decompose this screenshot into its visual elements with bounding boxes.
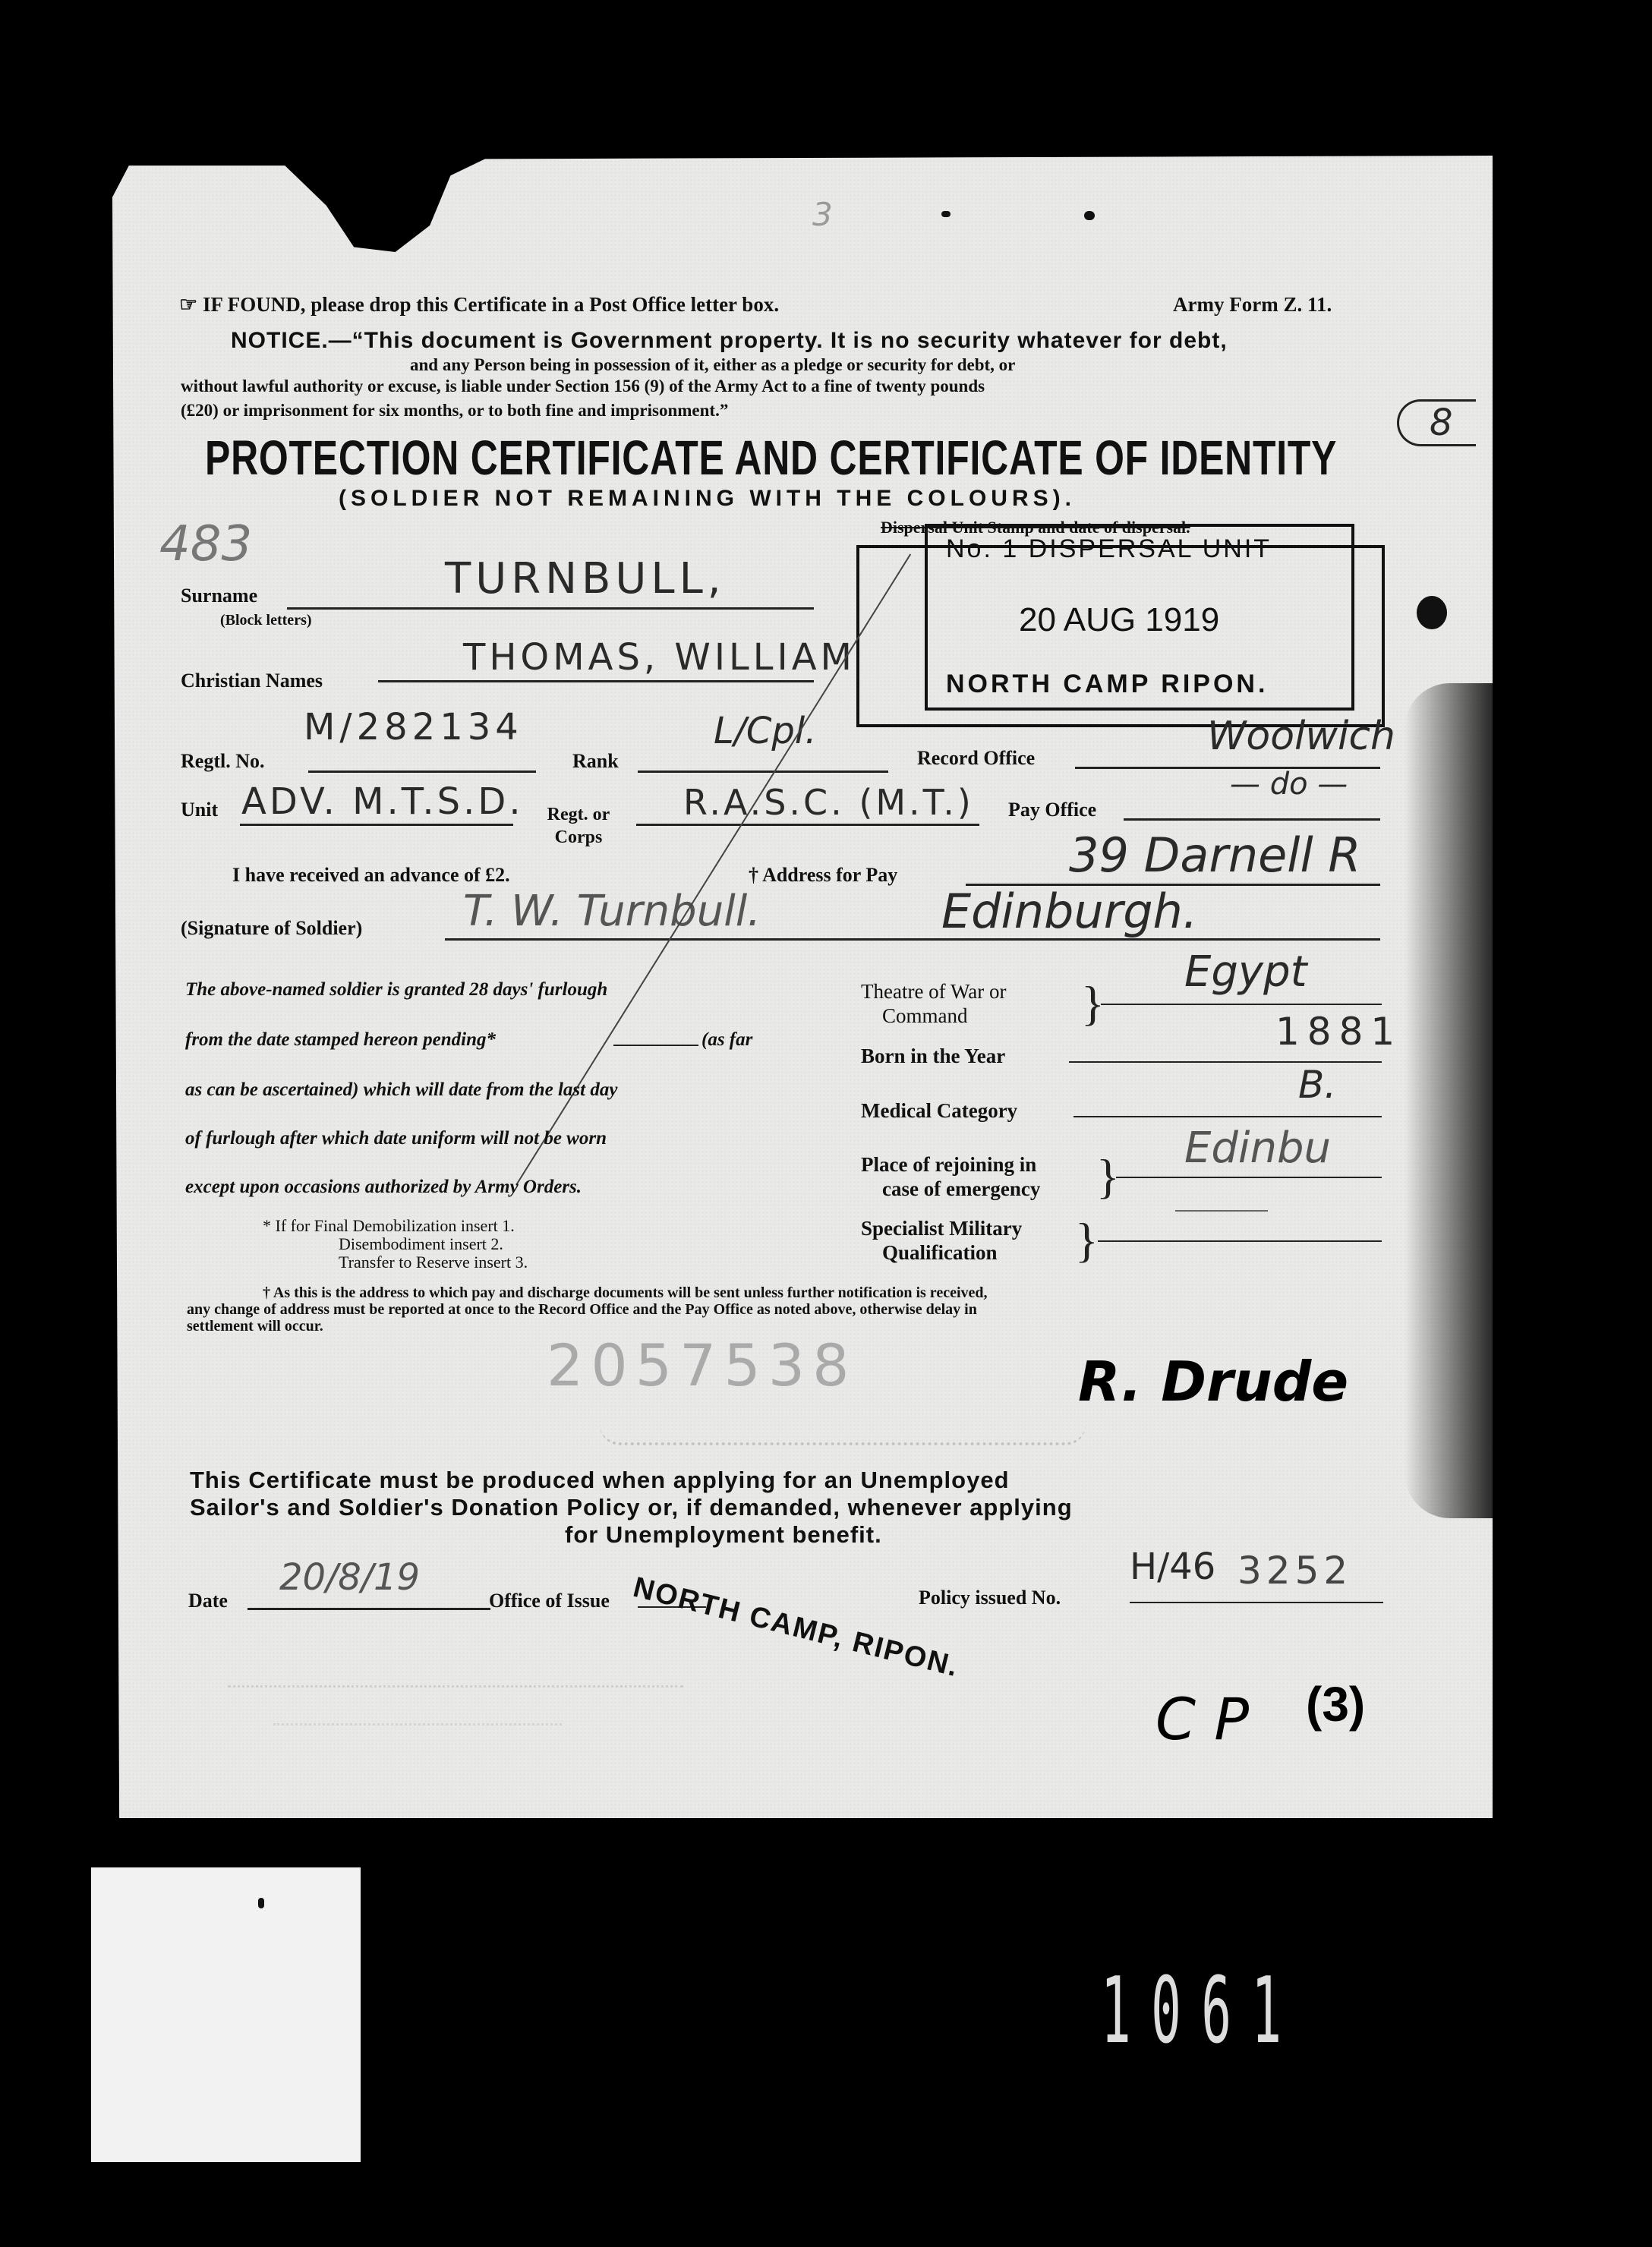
signature-label: (Signature of Soldier) [181, 917, 362, 940]
officer-signature: R. Drude [1078, 1350, 1348, 1413]
policy-label: Policy issued No. [919, 1587, 1061, 1609]
address-value-1: 39 Darnell R [1069, 827, 1361, 883]
pencil-number: 2057538 [547, 1331, 856, 1399]
furlough-line-4: of furlough after which date uniform wil… [185, 1128, 607, 1149]
rejoin-label: Place of rejoining in case of emergency [861, 1152, 1040, 1201]
pay-office-value: — do — [1230, 767, 1348, 802]
surname-hint: (Block letters) [220, 612, 312, 629]
regt-corps-line [636, 824, 979, 826]
scan-shadow [1405, 683, 1511, 1518]
unemployment-notice-3: for Unemployment benefit. [565, 1521, 882, 1549]
rank-value: L/Cpl. [714, 710, 817, 752]
furlough-line-3: as can be ascertained) which will date f… [185, 1079, 617, 1101]
rank-label: Rank [572, 750, 619, 773]
margin-number: 483 [159, 516, 252, 572]
specialist-line [1098, 1240, 1382, 1242]
surname-value: TURNBULL, [445, 554, 726, 604]
slip-mark [258, 1898, 264, 1908]
advance-text: I have received an advance of £2. [232, 864, 510, 887]
stamp-date: 20 AUG 1919 [1019, 601, 1219, 639]
policy-line [1130, 1602, 1383, 1603]
bracket-number: (3) [1306, 1676, 1365, 1732]
faint-pencil-scribble [273, 1700, 562, 1725]
soldier-signature: T. W. Turnbull. [463, 887, 761, 936]
signature-line [445, 938, 1380, 941]
footnote-2: Disembodiment insert 2. [339, 1234, 503, 1254]
ink-blot [1417, 596, 1447, 629]
furlough-line-1: The above-named soldier is granted 28 da… [185, 979, 607, 1001]
address-value-2: Edinburgh. [941, 884, 1198, 939]
regtl-no-line [308, 771, 536, 773]
rejoin-line [1116, 1177, 1382, 1178]
footnote-1: * If for Final Demobilization insert 1. [263, 1216, 515, 1236]
furlough-line-2-end: (as far [701, 1029, 752, 1051]
record-office-label: Record Office [917, 747, 1035, 770]
date-line [247, 1608, 490, 1610]
brace: } [1075, 1216, 1099, 1265]
regt-corps-label: Regt. or Corps [541, 803, 616, 849]
document-subtitle: (SOLDIER NOT REMAINING WITH THE COLOURS)… [339, 486, 1076, 512]
ink-dot [941, 211, 951, 217]
theatre-line [1101, 1004, 1382, 1005]
stamp-unit: No. 1 DISPERSAL UNIT [946, 534, 1272, 564]
unit-value: ADV. M.T.S.D. [241, 780, 524, 823]
form-number: Army Form Z. 11. [1173, 293, 1332, 317]
regtl-no-value: M/282134 [304, 706, 523, 748]
theatre-label: Theatre of War or Command [861, 979, 1006, 1028]
unemployment-notice-2: Sailor's and Soldier's Donation Policy o… [190, 1494, 1073, 1521]
unemployment-notice-1: This Certificate must be produced when a… [190, 1467, 1010, 1494]
stamp-location: NORTH CAMP RIPON. [946, 670, 1268, 699]
faint-pencil-scribble [600, 1404, 1086, 1445]
blank-slip [91, 1867, 361, 2162]
born-value: 1881 [1275, 1010, 1402, 1054]
policy-value: 3252 [1237, 1549, 1352, 1593]
document-title: PROTECTION CERTIFICATE AND CERTIFICATE O… [205, 430, 1337, 486]
top-pencil-mark: 3 [812, 196, 833, 233]
surname-label: Surname [181, 585, 257, 607]
policy-prefix: H/46 [1130, 1546, 1215, 1588]
initials: C P [1155, 1685, 1249, 1753]
date-value: 20/8/19 [279, 1556, 420, 1599]
born-label: Born in the Year [861, 1045, 1005, 1068]
regt-corps-value: R.A.S.C. (M.T.) [683, 782, 974, 823]
found-notice: ☞ IF FOUND, please drop this Certificate… [179, 293, 779, 317]
medical-line [1073, 1116, 1382, 1117]
regtl-no-label: Regtl. No. [181, 750, 264, 773]
christian-names-line [378, 680, 814, 682]
address-footnote-2: any change of address must be reported a… [187, 1301, 977, 1319]
corner-annotation: 8 [1397, 399, 1476, 446]
frame-counter: 1061 [1101, 1959, 1302, 2064]
medical-label: Medical Category [861, 1099, 1017, 1123]
furlough-line-5: except upon occasions authorized by Army… [185, 1177, 582, 1198]
rejoin-value: Edinbu [1184, 1123, 1331, 1173]
office-label: Office of Issue [489, 1590, 610, 1612]
date-label: Date [188, 1590, 228, 1612]
address-footnote-1: † As this is the address to which pay an… [263, 1284, 988, 1302]
pay-office-line [1124, 818, 1380, 821]
faint-pencil-scribble [228, 1655, 683, 1688]
notice-body-1: and any Person being in possession of it… [410, 355, 1015, 375]
dash-mark [1175, 1210, 1268, 1212]
rank-line [638, 771, 888, 773]
ink-dot [1084, 211, 1095, 220]
specialist-label: Specialist Military Qualification [861, 1216, 1022, 1265]
record-office-value: Woolwich [1207, 714, 1395, 759]
unit-label: Unit [181, 799, 218, 821]
theatre-value: Egypt [1184, 947, 1307, 997]
unit-line [240, 824, 513, 826]
notice-body-3: (£20) or imprisonment for six months, or… [181, 401, 728, 421]
medical-value: B. [1298, 1063, 1336, 1107]
address-footnote-3: settlement will occur. [187, 1318, 323, 1335]
address-label: † Address for Pay [749, 864, 897, 887]
pay-office-label: Pay Office [1008, 799, 1096, 821]
christian-names-label: Christian Names [181, 670, 323, 692]
notice-lead: NOTICE.—“This document is Government pro… [231, 328, 1228, 354]
notice-body-2: without lawful authority or excuse, is l… [181, 377, 985, 396]
footnote-3: Transfer to Reserve insert 3. [339, 1253, 528, 1272]
surname-line [287, 607, 814, 610]
pending-line [613, 1045, 698, 1046]
furlough-line-2: from the date stamped hereon pending* [185, 1029, 496, 1051]
christian-names-value: THOMAS, WILLIAM [463, 636, 856, 679]
